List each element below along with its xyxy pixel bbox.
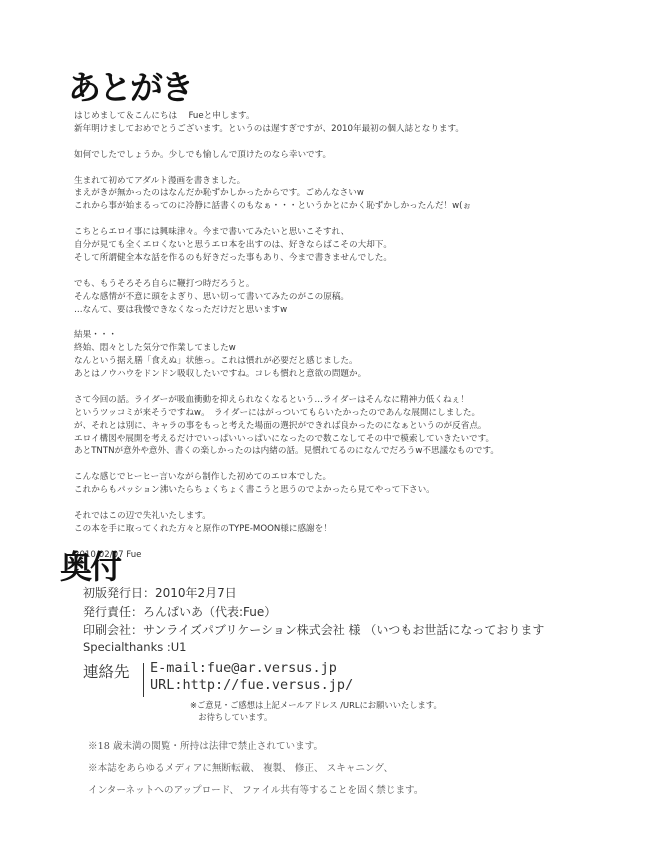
afterword-paragraph: 2010/02/07 Fue (74, 549, 614, 562)
publisher: 発行責任：ろんぱいあ（代表:Fue） (83, 603, 544, 622)
feedback-note-line-2: お待ちしています。 (190, 711, 442, 723)
afterword-title: あとがき (68, 68, 192, 108)
afterword-line: さて今回の話。ライダーが吸血衝動を抑えられなくなるという…ライダーはそんなに精神… (74, 394, 614, 407)
contact-info: E-mail:fue@ar.versus.jp URL:http://fue.v… (150, 660, 353, 694)
afterword-body: はじめまして＆こんにちは Fueと申します。新年明けましておめでとうございます。… (74, 110, 614, 574)
afterword-paragraph: それではこの辺で失礼いたします。この本を手に取ってくれた方々と原作のTYPE-M… (74, 510, 614, 536)
contact-label: 連絡先 (83, 660, 130, 682)
afterword-line: …なんて、要は我慢できなくなっただけだと思いますw (74, 304, 614, 317)
legal-line-2: ※本誌をあらゆるメディアに無断転載、 複製、 修正、 スキャニング、 (88, 758, 423, 780)
afterword-paragraph: 生まれて初めてアダルト漫画を書きました。まえがきが無かったのはなんだか恥ずかしか… (74, 175, 614, 214)
afterword-line: が、それとは別に、キャラの事をもっと考えた場面の選択ができれば良かったのになぁと… (74, 420, 614, 433)
afterword-line: あとはノウハウをドンドン吸収したいですね。コレも慣れと意欲の問題か。 (74, 368, 614, 381)
afterword-line: というツッコミが来そうですねw。 ライダーにはがっついてもらいたかったのであんな… (74, 407, 614, 420)
afterword-line: これから事が始まるってのに冷静に話書くのもなぁ・・・というかとにかく恥ずかしかっ… (74, 200, 614, 213)
afterword-paragraph: こちとらエロイ事には興味津々。今まで書いてみたいと思いこそすれ、自分が見ても全く… (74, 226, 614, 265)
afterword-line: それではこの辺で失礼いたします。 (74, 510, 614, 523)
afterword-paragraph: はじめまして＆こんにちは Fueと申します。新年明けましておめでとうございます。… (74, 110, 614, 136)
legal-line-3: インターネットへのアップロード、 ファイル共有等することを固く禁じます。 (88, 780, 423, 802)
feedback-note-line-1: ※ご意見・ご感想は上記メールアドレス /URLにお願いいたします。 (190, 699, 442, 711)
legal-notice: ※18 歳未満の閲覧・所持は法律で禁止されています。 ※本誌をあらゆるメディアに… (88, 736, 423, 802)
colophon-details: 初版発行日：2010年2月7日 発行責任：ろんぱいあ（代表:Fue） 印刷会社：… (83, 584, 544, 640)
contact-divider (143, 663, 144, 697)
afterword-line: なんという据え膳「食えぬ」状態っ。これは慣れが必要だと感じました。 (74, 355, 614, 368)
special-thanks: Specialthanks :U1 (83, 640, 186, 654)
first-edition-date: 初版発行日：2010年2月7日 (83, 584, 544, 603)
afterword-line: この本を手に取ってくれた方々と原作のTYPE-MOON様に感謝を！ (74, 523, 614, 536)
email-address: E-mail:fue@ar.versus.jp (150, 660, 353, 677)
website-url: URL:http://fue.versus.jp/ (150, 677, 353, 694)
afterword-paragraph: こんな感じでヒーヒー言いながら制作した初めてのエロ本でした。これからもパッション… (74, 471, 614, 497)
afterword-line: 生まれて初めてアダルト漫画を書きました。 (74, 175, 614, 188)
afterword-line: 結果・・・ (74, 329, 614, 342)
afterword-line: はじめまして＆こんにちは Fueと申します。 (74, 110, 614, 123)
legal-line-1: ※18 歳未満の閲覧・所持は法律で禁止されています。 (88, 736, 423, 758)
afterword-paragraph: 結果・・・終始、悶々とした気分で作業してましたwなんという据え膳「食えぬ」状態っ… (74, 329, 614, 381)
afterword-line: これからもパッション沸いたらちょくちょく書こうと思うのでよかったら見てやって下さ… (74, 484, 614, 497)
afterword-line: エロイ構図や展開を考えるだけでいっぱいいっぱいになったので数こなしてその中で模索… (74, 433, 614, 446)
afterword-line: まえがきが無かったのはなんだか恥ずかしかったからです。ごめんなさいw (74, 187, 614, 200)
afterword-line: 如何でしたでしょうか。少しでも愉しんで頂けたのなら幸いです。 (74, 149, 614, 162)
afterword-line: そして所謂健全本な話を作るのも好きだった事もあり、今まで書きませんでした。 (74, 252, 614, 265)
feedback-note: ※ご意見・ご感想は上記メールアドレス /URLにお願いいたします。 お待ちしてい… (190, 699, 442, 723)
afterword-line: でも、もうそろそろ自らに鞭打つ時だろうと。 (74, 278, 614, 291)
afterword-line: 新年明けましておめでとうございます。というのは遅すぎですが、2010年最初の個人… (74, 123, 614, 136)
colophon-title: 奥付 (60, 548, 120, 586)
afterword-line: 2010/02/07 Fue (74, 549, 614, 562)
afterword-paragraph: さて今回の話。ライダーが吸血衝動を抑えられなくなるという…ライダーはそんなに精神… (74, 394, 614, 459)
afterword-line: こんな感じでヒーヒー言いながら制作した初めてのエロ本でした。 (74, 471, 614, 484)
afterword-line: そんな感情が不意に頭をよぎり、思い切って書いてみたのがこの原稿。 (74, 291, 614, 304)
printer: 印刷会社：サンライズパブリケーション株式会社 様 （いつもお世話になっております (83, 621, 544, 640)
afterword-paragraph: 如何でしたでしょうか。少しでも愉しんで頂けたのなら幸いです。 (74, 149, 614, 162)
afterword-line: 自分が見ても全くエロくないと思うエロ本を出すのは、好きならばこその大却下。 (74, 239, 614, 252)
afterword-line: こちとらエロイ事には興味津々。今まで書いてみたいと思いこそすれ、 (74, 226, 614, 239)
afterword-line: あとTNTNが意外や意外、書くの楽しかったのは内緒の話。見慣れてるのになんでだろ… (74, 445, 614, 458)
afterword-line: 終始、悶々とした気分で作業してましたw (74, 342, 614, 355)
afterword-paragraph: でも、もうそろそろ自らに鞭打つ時だろうと。そんな感情が不意に頭をよぎり、思い切っ… (74, 278, 614, 317)
